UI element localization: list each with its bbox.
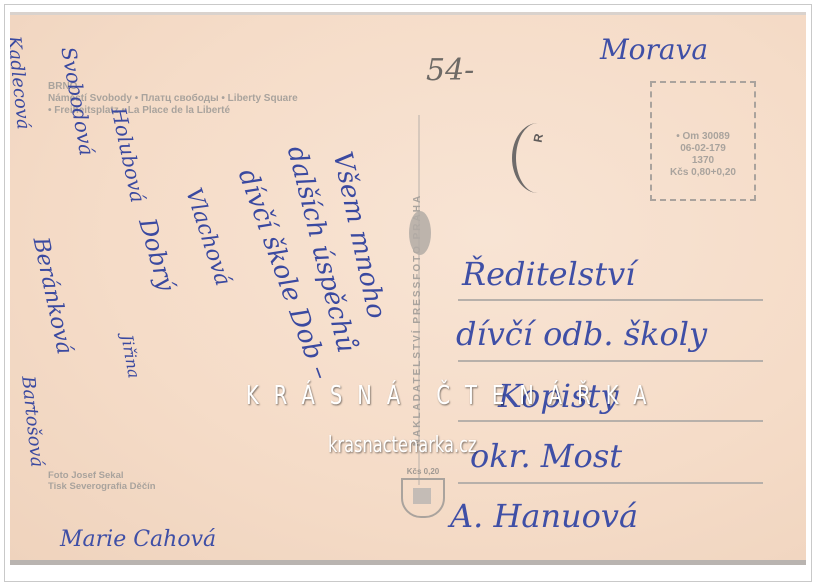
handwriting-number: 54- xyxy=(426,53,474,88)
credit-photo: Foto Josef Sekal xyxy=(48,470,156,481)
coat-of-arms-icon xyxy=(401,478,445,518)
meter-line-4: Kčs 0,80+0,20 xyxy=(652,167,754,179)
credit-print: Tisk Severografia Děčín xyxy=(48,481,156,492)
address-line xyxy=(458,360,763,362)
pressfoto-logo-icon xyxy=(409,211,431,255)
signature: Beránková xyxy=(28,235,77,357)
price-stamp-value: Kčs 0,20 xyxy=(394,467,452,476)
signature: Vlachová xyxy=(180,185,235,289)
signature: Dobrý xyxy=(133,215,180,294)
printed-credit: Foto Josef Sekal Tisk Severografia Děčín xyxy=(48,470,156,492)
signature: Kadlecová xyxy=(10,35,34,131)
postcard: BRNO Náměstí Svobody • Платц свободы • L… xyxy=(10,12,806,565)
signature: Holubová xyxy=(107,105,151,205)
meter-line-2: 06-02-179 xyxy=(652,143,754,155)
watermark-title: KRÁSNÁ ČTENÁŘKA xyxy=(246,381,662,411)
handwriting-top-note: Morava xyxy=(600,33,708,66)
signature: Jiřina xyxy=(117,333,143,380)
address-line xyxy=(458,420,763,422)
address-line-5: A. Hanuová xyxy=(450,497,638,535)
price-stamp: Kčs 0,20 xyxy=(394,467,452,522)
address-line-4: okr. Most xyxy=(470,437,622,475)
meter-stamp: • Om 30089 06-02-179 1370 Kčs 0,80+0,20 xyxy=(650,81,756,201)
address-line xyxy=(458,299,763,301)
address-line-1: Ředitelství xyxy=(462,255,635,293)
meter-line-3: 1370 xyxy=(652,155,754,167)
watermark-url[interactable]: krasnactenarka.cz xyxy=(328,433,476,458)
meter-line-1: • Om 30089 xyxy=(652,131,754,143)
address-line xyxy=(458,482,763,484)
signature: Marie Cahová xyxy=(60,527,216,552)
signature: Bartošová xyxy=(17,375,47,468)
address-line-2: dívčí odb. školy xyxy=(456,315,707,353)
